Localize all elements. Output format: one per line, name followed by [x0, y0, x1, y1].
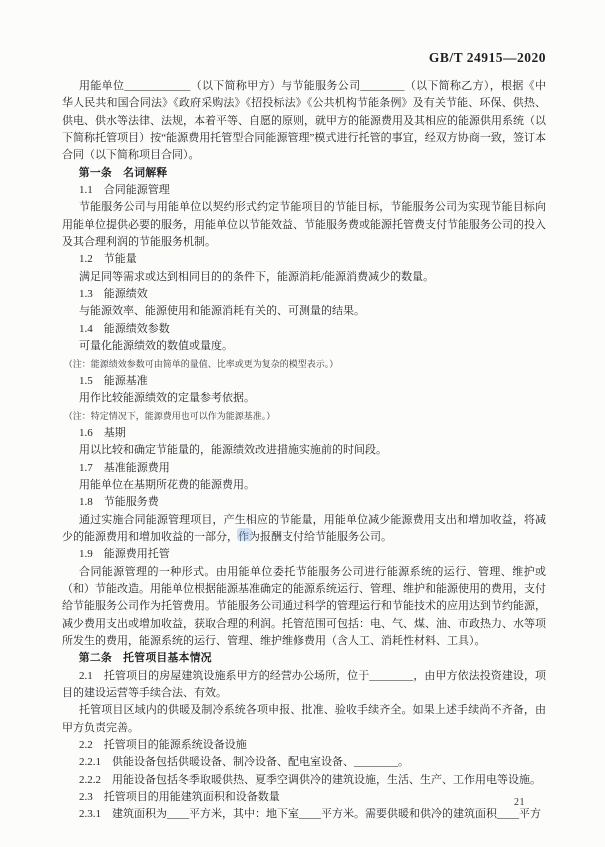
clause-1-9-definition: 合同能源管理的一种形式。由用能单位委托节能服务公司进行能源系统的运行、管理、维护…: [62, 564, 546, 651]
clause-1-1-definition: 节能服务公司与用能单位以契约形式约定节能项目的节能目标，节能服务公司为实现节能目…: [62, 199, 546, 251]
clause-2-1-continuation: 托管项目区域内的供暖及制冷系统各项申报、批准、验收手续齐全。如果上述手续尚不齐备…: [62, 702, 546, 737]
clause-1-6-title: 1.6 基期: [62, 425, 546, 442]
article-2-heading: 第二条 托管项目基本情况: [62, 650, 546, 667]
document-body: 用能单位____________（以下简称甲方）与节能服务公司________（…: [62, 78, 546, 824]
intro-paragraph: 用能单位____________（以下简称甲方）与节能服务公司________（…: [62, 78, 546, 165]
clause-1-2-title: 1.2 节能量: [62, 251, 546, 268]
clause-1-5-title: 1.5 能源基准: [62, 373, 546, 390]
clause-1-8-definition: 通过实施合同能源管理项目，产生相应的节能量，用能单位减少能源费用支出和增加收益，…: [62, 512, 546, 547]
clause-2-1-text: 2.1 托管项目的房屋建筑设施系甲方的经营办公场所，位于________，由甲方…: [62, 668, 546, 703]
clause-1-6-definition: 用以比较和确定节能量的，能源绩效改进措施实施前的时间段。: [62, 442, 546, 459]
clause-1-8-title: 1.8 节能服务费: [62, 494, 546, 511]
clause-1-4-definition: 可量化能源绩效的数值或量度。: [62, 338, 546, 355]
clause-1-4-note: （注：能源绩效参数可由简单的量值、比率或更为复杂的模型表示。）: [62, 356, 546, 373]
clause-1-9-title: 1.9 能源费用托管: [62, 546, 546, 563]
page-number: 21: [514, 797, 525, 808]
clause-2-3-title: 2.3 托管项目的用能建筑面积和设备数量: [62, 789, 546, 806]
clause-1-7-title: 1.7 基准能源费用: [62, 460, 546, 477]
clause-1-1-title: 1.1 合同能源管理: [62, 182, 546, 199]
standard-number: GB/T 24915—2020: [429, 50, 546, 66]
clause-1-7-definition: 用能单位在基期所花费的能源费用。: [62, 477, 546, 494]
document-page: GB/T 24915—2020 用能单位____________（以下简称甲方）…: [0, 0, 605, 847]
clause-1-5-definition: 用作比较能源绩效的定量参考依据。: [62, 390, 546, 407]
clause-2-2-title: 2.2 托管项目的能源系统设备设施: [62, 737, 546, 754]
clause-1-2-definition: 满足同等需求或达到相同目的的条件下，能源消耗/能源消费减少的数量。: [62, 269, 546, 286]
clause-1-5-note: （注：特定情况下，能源费用也可以作为能源基准。）: [62, 408, 546, 425]
article-1-heading: 第一条 名词解释: [62, 165, 546, 182]
clause-2-2-1-text: 2.2.1 供能设备包括供暖设备、制冷设备、配电室设备、________。: [62, 754, 546, 771]
scan-watermark-artifact: [237, 528, 252, 541]
clause-1-3-definition: 与能源效率、能源使用和能源消耗有关的、可测量的结果。: [62, 303, 546, 320]
clause-1-4-title: 1.4 能源绩效参数: [62, 321, 546, 338]
clause-2-2-2-text: 2.2.2 用能设备包括冬季取暖供热、夏季空调供冷的建筑设施，生活、生产、工作用…: [62, 772, 546, 789]
clause-2-3-1-text: 2.3.1 建筑面积为____平方米，其中：地下室____平方米。需要供暖和供冷…: [62, 806, 546, 823]
clause-1-3-title: 1.3 能源绩效: [62, 286, 546, 303]
